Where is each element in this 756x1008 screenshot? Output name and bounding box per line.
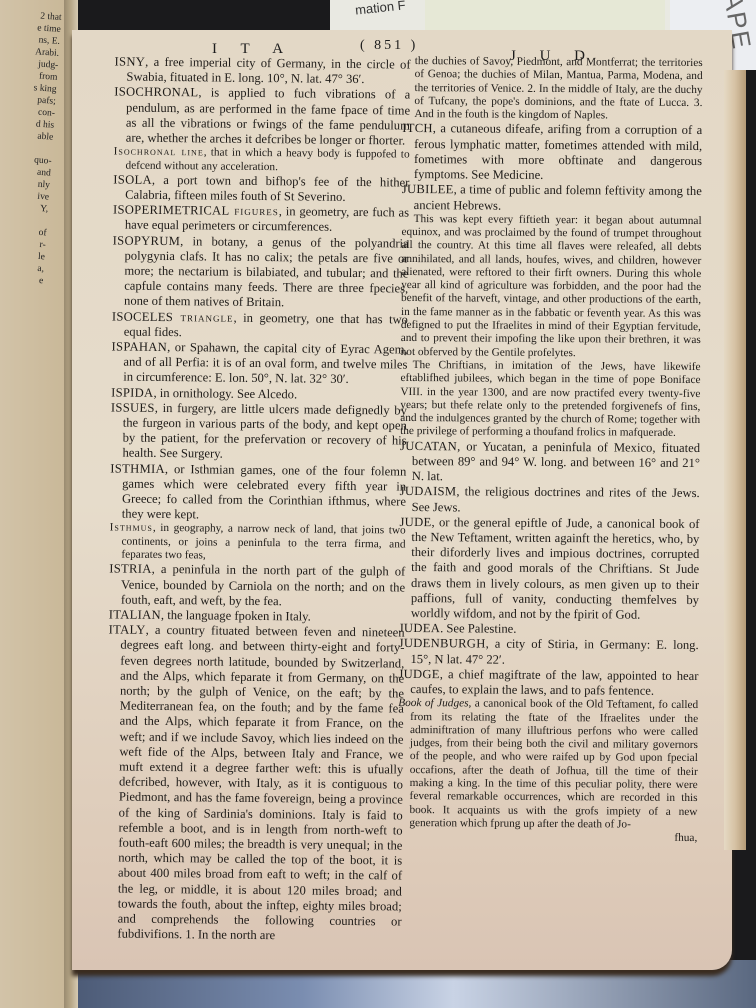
paragraph: The Chriftians, in imitation of the Jews… (400, 359, 701, 441)
entry-definition: , or Isthmian games, one of the four fol… (122, 462, 407, 522)
entry-headword: ITCH (402, 121, 433, 135)
entry-headword: ISOCELES (112, 309, 173, 324)
entry-definition: , a canonical book of the Old Teftament,… (409, 698, 698, 831)
dictionary-entry: JUDE, or the general epiftle of Jude, a … (399, 515, 700, 624)
dictionary-entry: JUDENBURGH, a city of Stiria, in Germany… (398, 636, 698, 668)
dictionary-entry: ISOCELES triangle, in geometry, one that… (112, 309, 408, 343)
dictionary-entry: JUDGE, a chief magiftrate of the law, ap… (398, 667, 698, 699)
book-page: I T A ( 851 ) J U D ISNY, a free imperia… (72, 30, 732, 970)
entry-headword: ISOPYRUM (113, 233, 181, 248)
dictionary-entry: Book of Judges, a canonical book of the … (397, 697, 698, 832)
entry-definition: , a free imperial city of Germany, in th… (126, 55, 410, 87)
entry-definition: , a port town and bifhop's fee of the hi… (125, 173, 409, 204)
dictionary-entry: ISOLA, a port town and bifhop's fee of t… (113, 172, 409, 206)
entry-headword: JUDENBURGH (399, 636, 486, 651)
dictionary-entry: ISPAHAN, or Spahawn, the capital city of… (111, 340, 407, 389)
entry-headword: Isochronal line (114, 146, 204, 159)
entry-definition: , in furgery, are little ulcers made def… (122, 401, 407, 461)
dictionary-entry: Isthmus, in geography, a narrow neck of … (109, 522, 405, 565)
entry-headword: JUDE (399, 515, 431, 529)
entry-qualifier: triangle (173, 310, 234, 325)
dictionary-entry: JUBILEE, a time of public and folemn fef… (402, 182, 702, 214)
facing-page-text: 2 thate timens, E.Arabi.judg-froms kingp… (0, 8, 62, 288)
entry-headword: ISSUES (111, 400, 155, 414)
entry-headword: JUDEA (399, 621, 440, 635)
dictionary-entry: ISTHMIA, or Isthmian games, one of the f… (110, 461, 407, 525)
dictionary-entry: JUDAISM, the religious doctrines and rit… (400, 484, 700, 516)
entry-definition: , a country fituated between feven and n… (117, 623, 404, 942)
entry-headword: ISTHMIA (110, 461, 165, 476)
entry-headword: JUCATAN (400, 439, 457, 453)
entry-definition: , in geography, a narrow neck of land, t… (121, 522, 405, 561)
dictionary-entry: ISTRIA, a peninfula in the north part of… (109, 562, 405, 611)
entry-headword: JUDAISM (400, 484, 457, 498)
entry-headword: ISNY (115, 54, 146, 68)
entry-headword: Book of Judges (398, 697, 468, 709)
entry-headword: ISTRIA (109, 562, 152, 576)
right-entries: ITCH, a cutaneous difeafe, arifing from … (397, 121, 702, 832)
entry-headword: JUDGE (398, 667, 439, 681)
entry-definition: , a time of public and folemn feftivity … (414, 183, 702, 213)
dictionary-entry: Isochronal line, that in which a heavy b… (113, 146, 409, 176)
entry-definition: , in ornithology. See Alcedo. (153, 386, 297, 402)
page-edge (724, 70, 746, 850)
entry-headword: ITALIAN (109, 607, 161, 622)
entry-qualifier: figures (229, 204, 278, 219)
paragraph: This was kept every fiftieth year: it be… (401, 213, 702, 361)
entry-definition: , a peninfula in the north part of the g… (121, 562, 405, 608)
entry-definition: , or the general epiftle of Jude, a cano… (411, 515, 700, 622)
left-column: ISNY, a free imperial city of Germany, i… (105, 54, 410, 945)
entry-definition: , the language fpoken in Italy. (161, 608, 311, 624)
entry-headword: ISOCHRONAL (114, 85, 198, 100)
entry-headword: ISPAHAN (112, 340, 168, 355)
dictionary-entry: ISNY, a free imperial city of Germany, i… (114, 54, 410, 88)
continuation-text: the duchies of Savoy, Piedmont, and Mont… (402, 55, 702, 124)
entry-headword: ITALY (109, 623, 146, 637)
dictionary-entry: JUCATAN, or Yucatan, a peninfula of Mexi… (400, 439, 700, 487)
entry-headword: JUBILEE (402, 182, 454, 196)
right-column: the duchies of Savoy, Piedmont, and Mont… (397, 55, 702, 846)
entry-headword: ISOPERIMETRICAL (113, 203, 230, 218)
dictionary-entry: ITALY, a country fituated between feven … (105, 623, 404, 945)
entry-definition: . See Palestine. (440, 621, 516, 636)
dictionary-entry: ITCH, a cutaneous difeafe, arifing from … (402, 121, 702, 184)
entry-headword: ISPIDA (111, 385, 154, 399)
entry-definition: , a chief magiftrate of the law, appoint… (410, 667, 698, 698)
entry-headword: Isthmus (110, 522, 153, 534)
dictionary-entry: ISSUES, in furgery, are little ulcers ma… (110, 400, 407, 464)
catchword: fhua, (397, 830, 697, 845)
dictionary-entry: ISOCHRONAL, is applied to fuch vibration… (114, 85, 411, 149)
page-number: ( 851 ) (360, 38, 418, 54)
dictionary-entry: ISOPERIMETRICAL figures, in geometry, ar… (113, 203, 409, 237)
entry-definition: , a cutaneous difeafe, arifing from a co… (414, 122, 702, 182)
dictionary-entry: ISOPYRUM, in botany, a genus of the poly… (112, 233, 409, 312)
entry-headword: ISOLA (113, 172, 152, 186)
